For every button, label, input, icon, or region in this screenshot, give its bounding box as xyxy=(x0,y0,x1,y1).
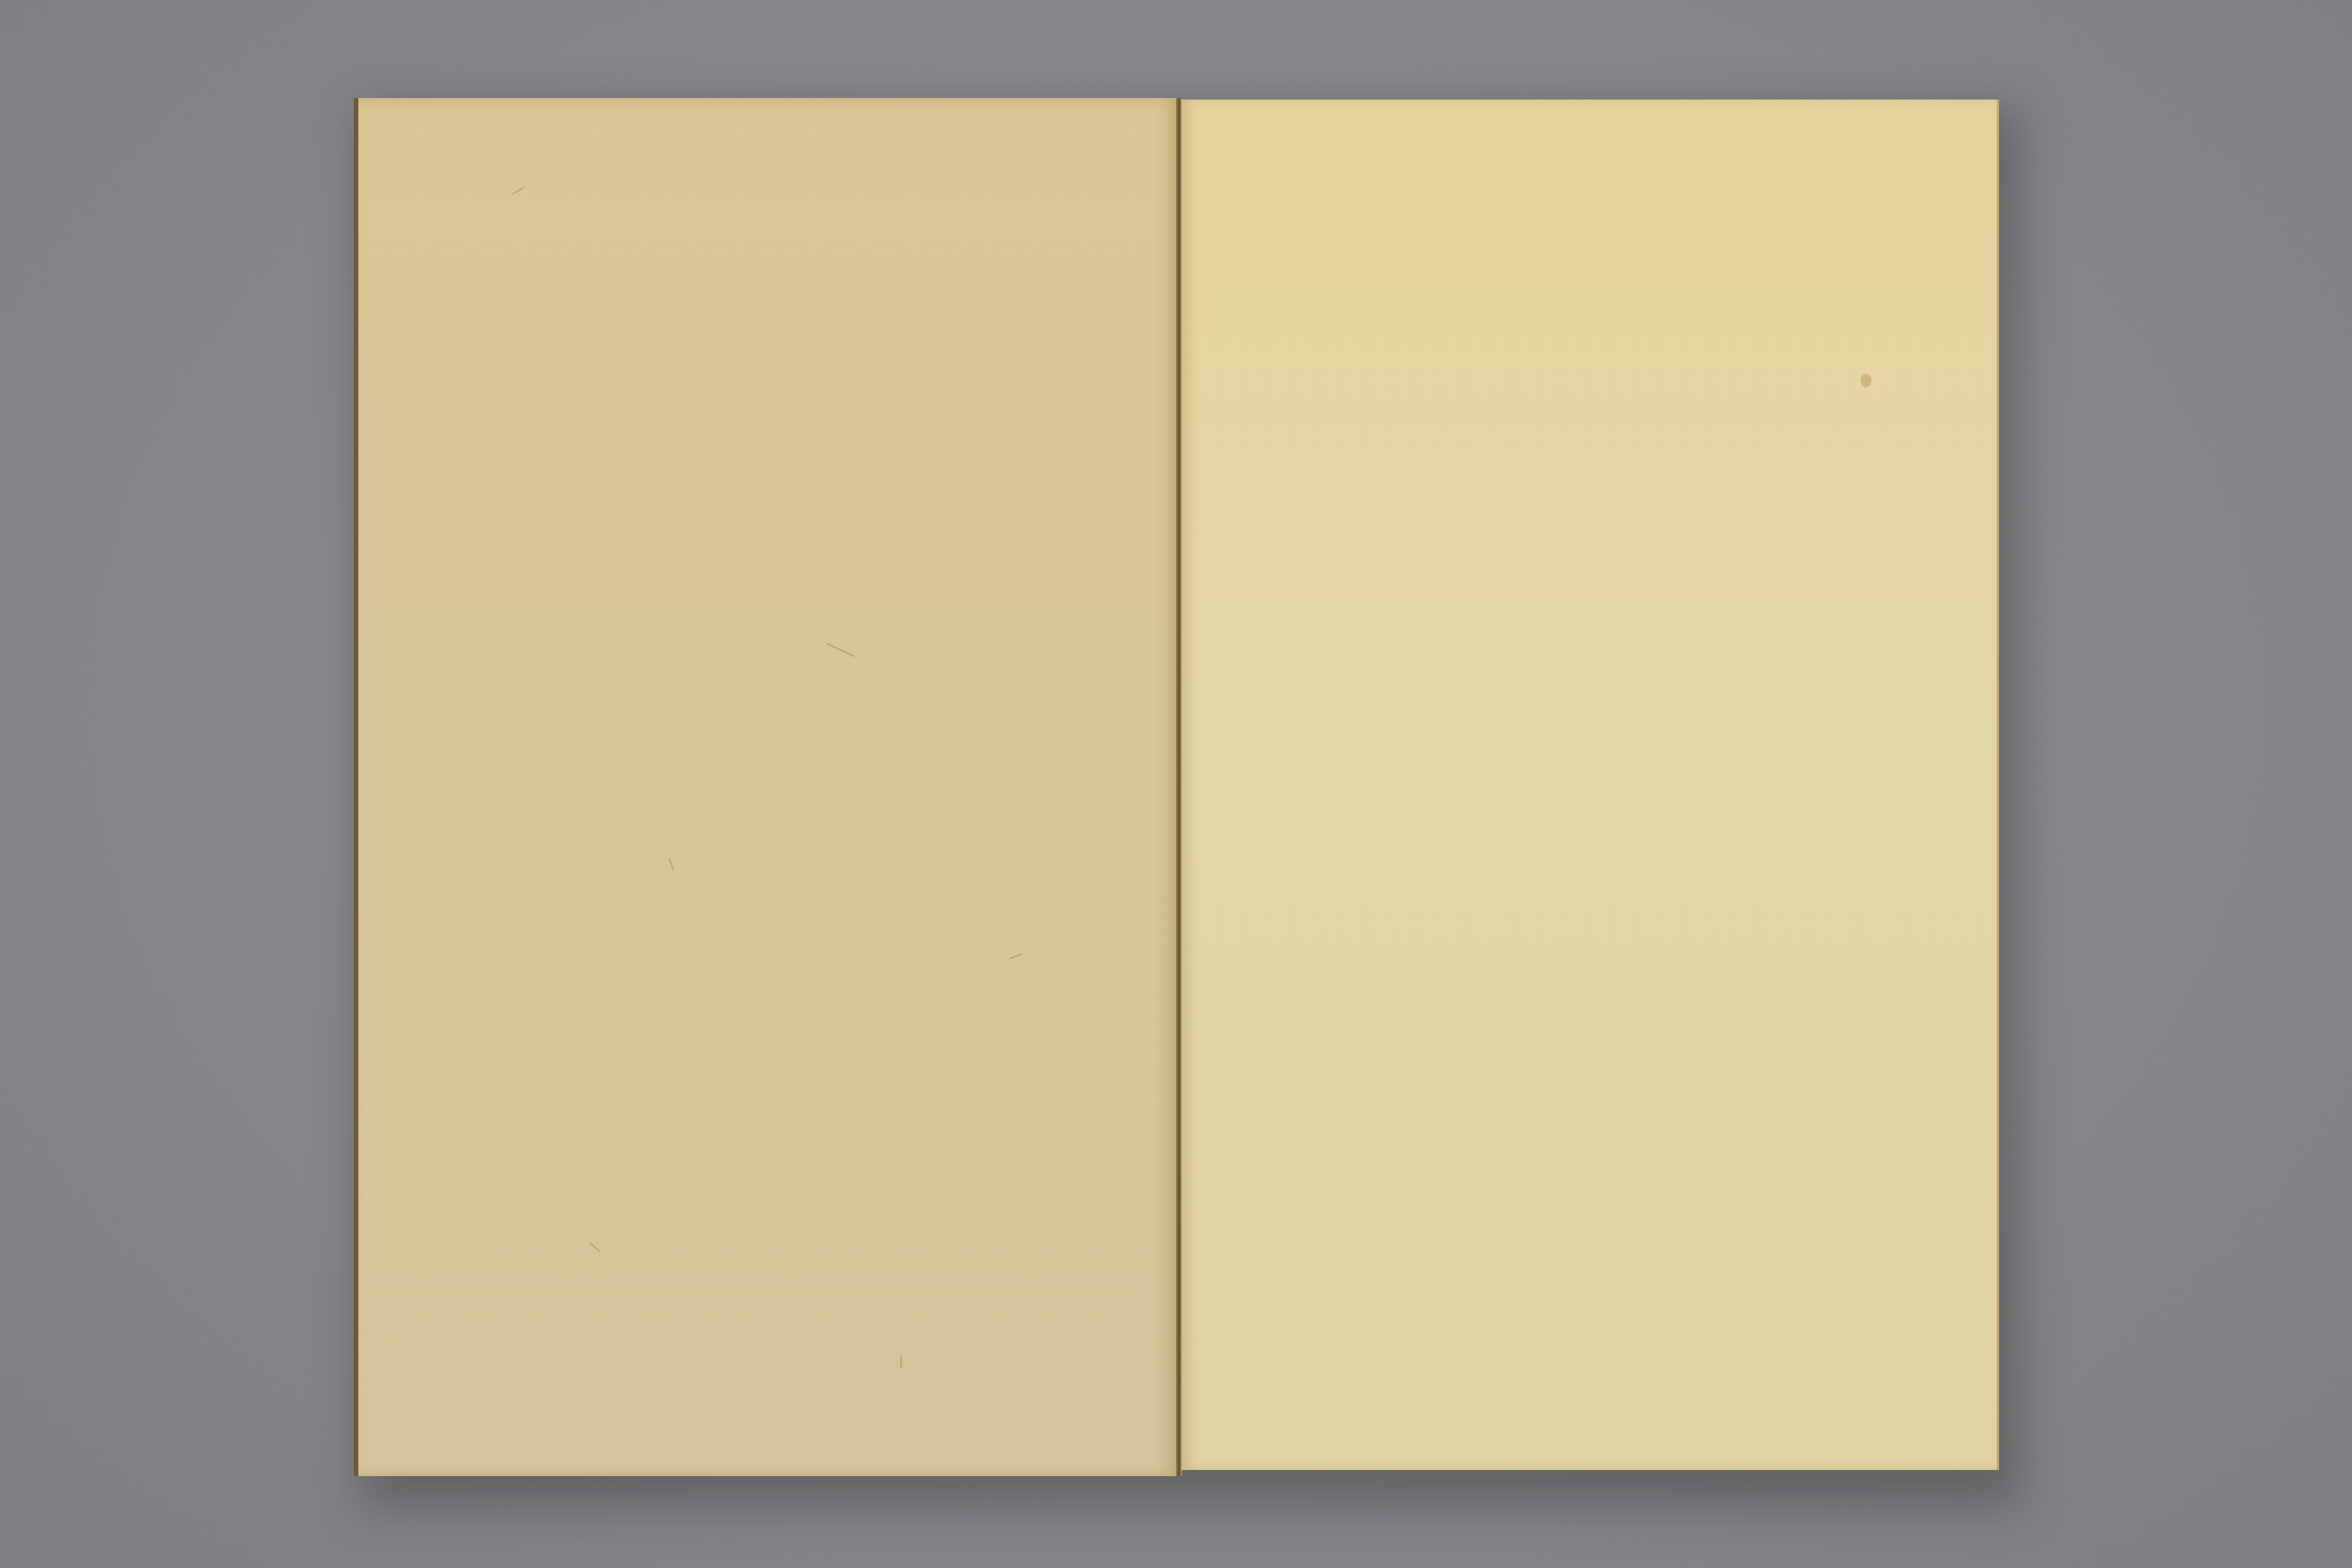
paper-fiber xyxy=(589,1242,600,1252)
paper-fiber xyxy=(900,1355,902,1369)
paper-fiber xyxy=(1009,953,1023,959)
left-page xyxy=(354,98,1179,1476)
paper-fiber xyxy=(826,643,854,658)
paper-fiber xyxy=(512,187,525,195)
paper-spot xyxy=(1860,374,1871,387)
paper-fiber xyxy=(668,857,675,871)
right-page xyxy=(1181,100,1999,1470)
